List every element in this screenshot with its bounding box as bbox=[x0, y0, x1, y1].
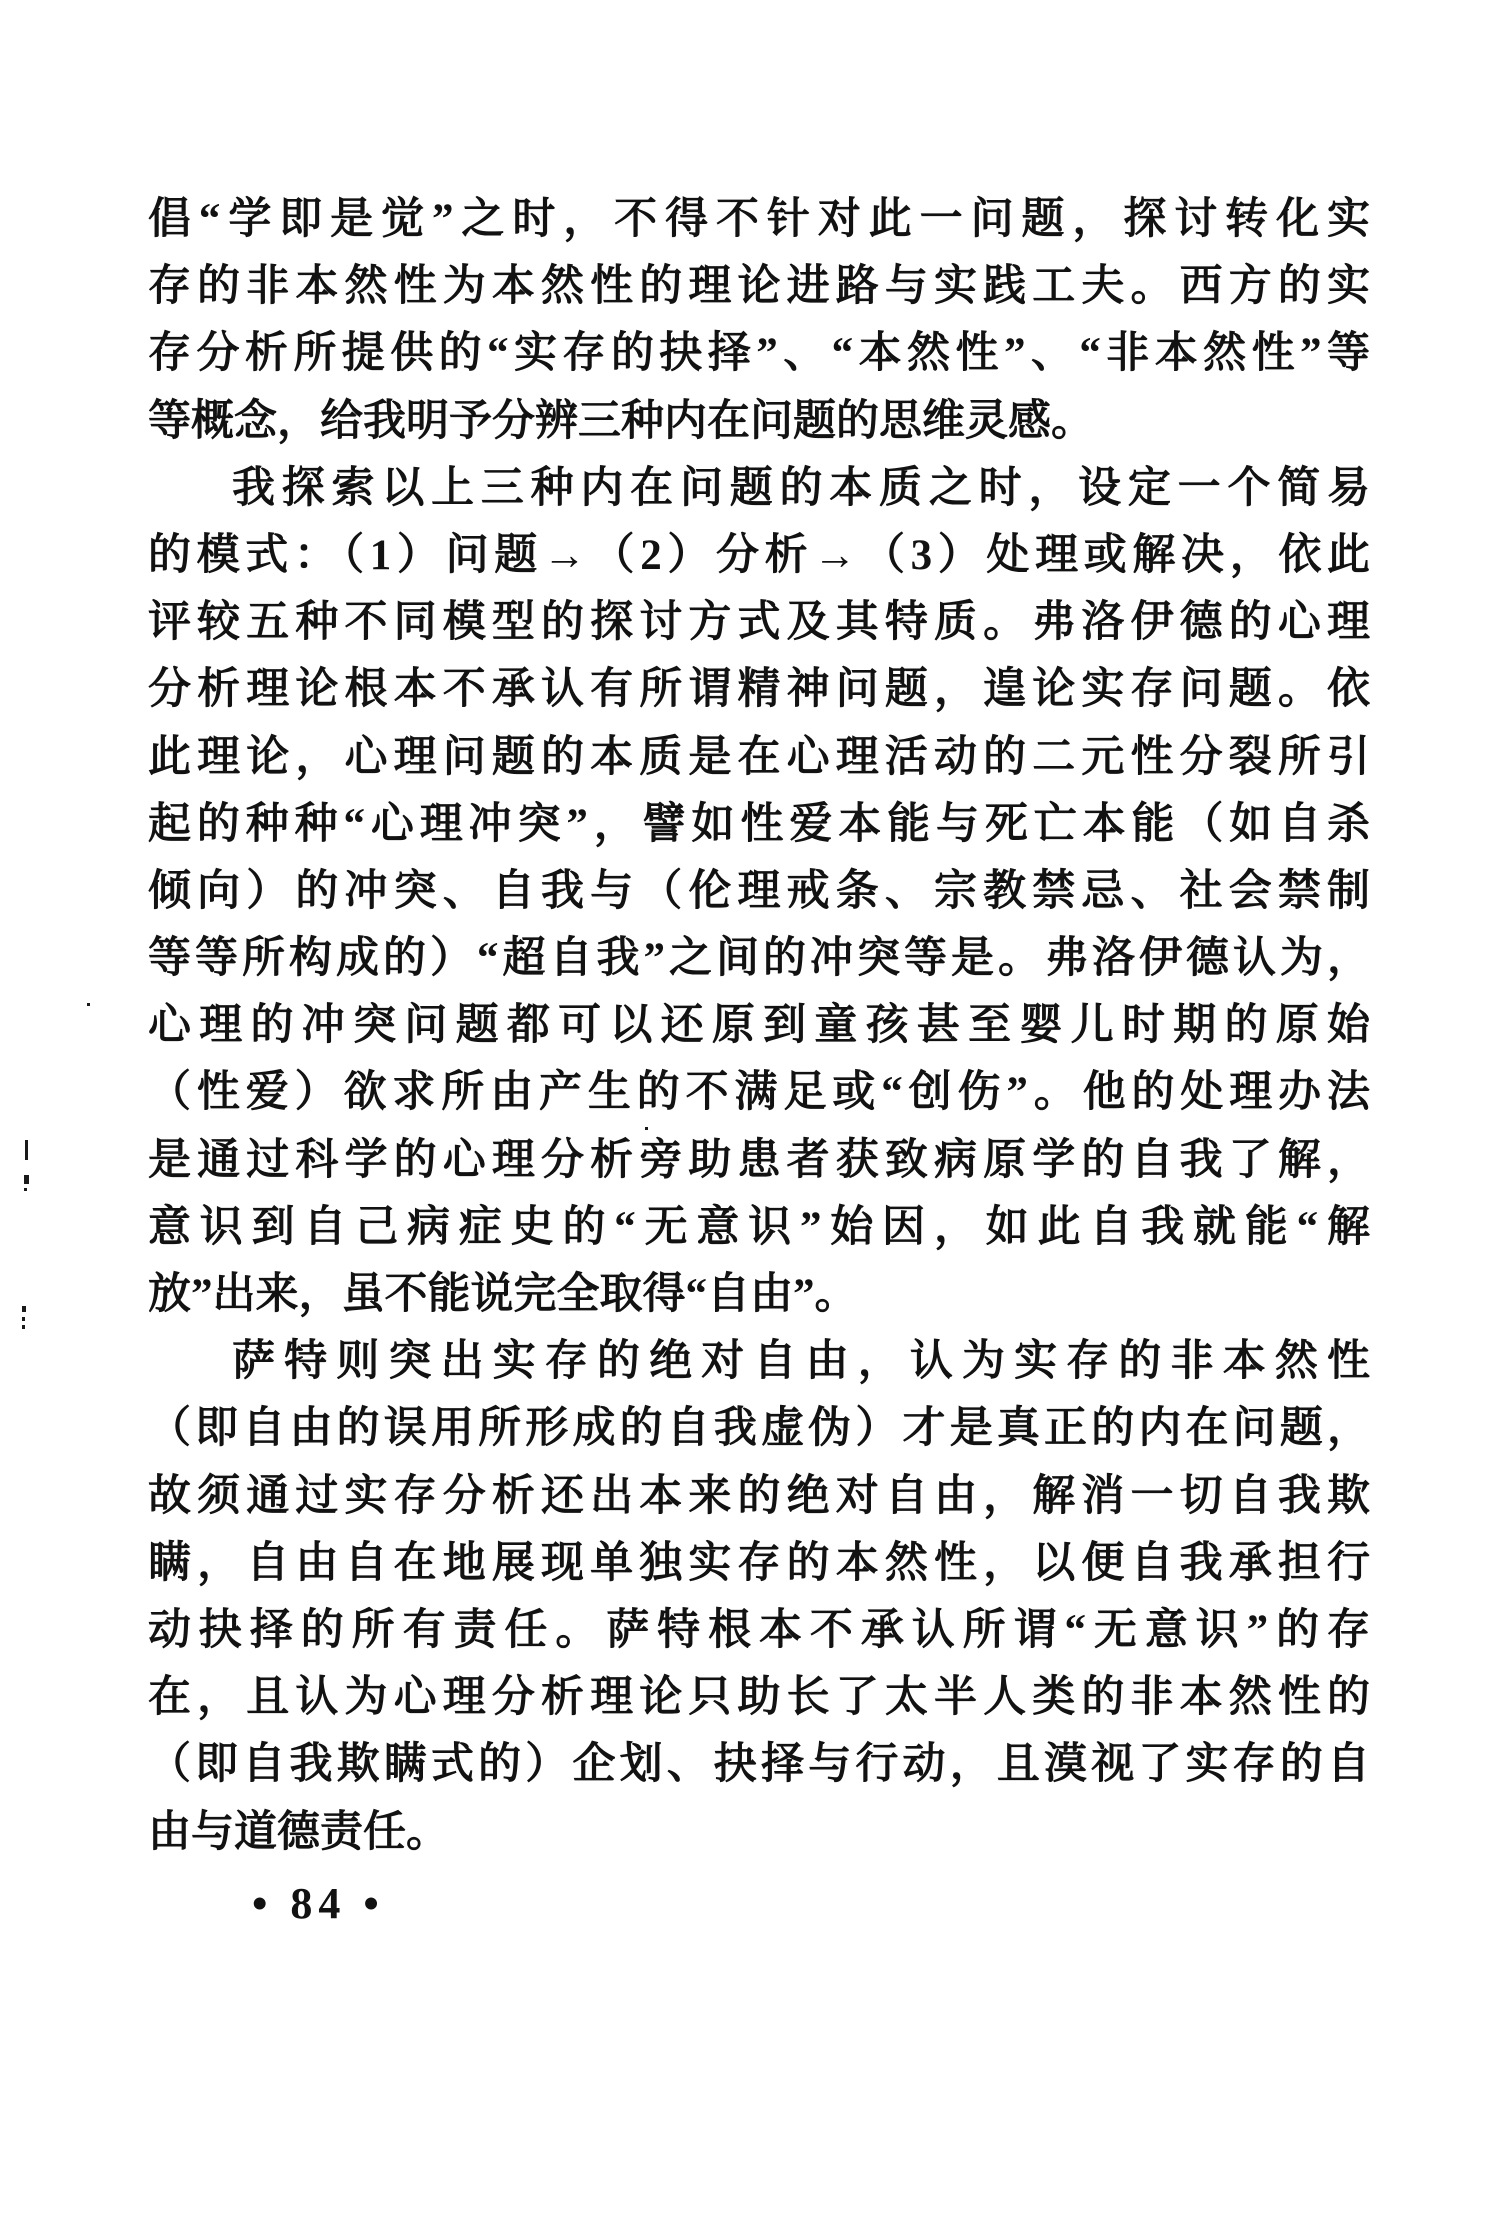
scan-speck bbox=[645, 1127, 648, 1130]
text-line: 评较五种不同模型的探讨方式及其特质。弗洛伊德的心理 bbox=[148, 589, 1370, 656]
text-line: 等概念，给我明予分辨三种内在问题的思维灵感。 bbox=[148, 388, 1370, 455]
scan-speck bbox=[22, 1317, 25, 1321]
text-line: 此理论，心理问题的本质是在心理活动的二元性分裂所引 bbox=[148, 724, 1370, 791]
text-line: 存的非本然性为本然性的理论进路与实践工夫。西方的实 bbox=[148, 253, 1370, 320]
text-line: 分析理论根本不承认有所谓精神问题，遑论实存问题。依 bbox=[148, 656, 1370, 723]
text-line: 存分析所提供的“实存的抉择”、“本然性”、“非本然性”等 bbox=[148, 320, 1370, 387]
text-line: 故须通过实存分析还出本来的绝对自由，解消一切自我欺 bbox=[148, 1463, 1370, 1530]
scan-speck bbox=[24, 1188, 27, 1191]
text-line: 在，且认为心理分析理论只助长了太半人类的非本然性的 bbox=[148, 1664, 1370, 1731]
text-line: 起的种种“心理冲突”，譬如性爱本能与死亡本能（如自杀 bbox=[148, 791, 1370, 858]
text-line: 瞒，自由自在地展现单独实存的本然性，以便自我承担行 bbox=[148, 1530, 1370, 1597]
scan-speck bbox=[22, 1306, 26, 1312]
scan-speck bbox=[24, 1175, 29, 1184]
text-line: 放”出来，虽不能说完全取得“自由”。 bbox=[148, 1261, 1370, 1328]
text-line: 倾向）的冲突、自我与（伦理戒条、宗教禁忌、社会禁制 bbox=[148, 858, 1370, 925]
text-line: （性爱）欲求所由产生的不满足或“创伤”。他的处理办法 bbox=[148, 1059, 1370, 1126]
page-number: • 84 • bbox=[252, 1878, 385, 1929]
page-text-block: 倡“学即是觉”之时，不得不针对此一问题，探讨转化实存的非本然性为本然性的理论进路… bbox=[148, 186, 1370, 1866]
book-page: 倡“学即是觉”之时，不得不针对此一问题，探讨转化实存的非本然性为本然性的理论进路… bbox=[0, 0, 1506, 2240]
text-line: 由与道德责任。 bbox=[148, 1799, 1370, 1866]
text-line: 倡“学即是觉”之时，不得不针对此一问题，探讨转化实 bbox=[148, 186, 1370, 253]
text-line: （即自由的误用所形成的自我虚伪）才是真正的内在问题， bbox=[148, 1395, 1370, 1462]
text-line: 意识到自己病症史的“无意识”始因，如此自我就能“解 bbox=[148, 1194, 1370, 1261]
text-line: 是通过科学的心理分析旁助患者获致病原学的自我了解， bbox=[148, 1127, 1370, 1194]
text-line: 等等所构成的）“超自我”之间的冲突等是。弗洛伊德认为， bbox=[148, 925, 1370, 992]
scan-speck bbox=[25, 1140, 28, 1160]
text-line: 萨特则突出实存的绝对自由，认为实存的非本然性 bbox=[148, 1328, 1370, 1395]
scan-speck bbox=[22, 1325, 25, 1329]
scan-speck bbox=[87, 1003, 90, 1006]
text-line: （即自我欺瞒式的）企划、抉择与行动，且漠视了实存的自 bbox=[148, 1731, 1370, 1798]
text-line: 我探索以上三种内在问题的本质之时，设定一个简易 bbox=[148, 455, 1370, 522]
text-line: 心理的冲突问题都可以还原到童孩甚至婴儿时期的原始 bbox=[148, 992, 1370, 1059]
text-line: 动抉择的所有责任。萨特根本不承认所谓“无意识”的存 bbox=[148, 1597, 1370, 1664]
text-line: 的模式：（1）问题→（2）分析→（3）处理或解决，依此 bbox=[148, 522, 1370, 589]
